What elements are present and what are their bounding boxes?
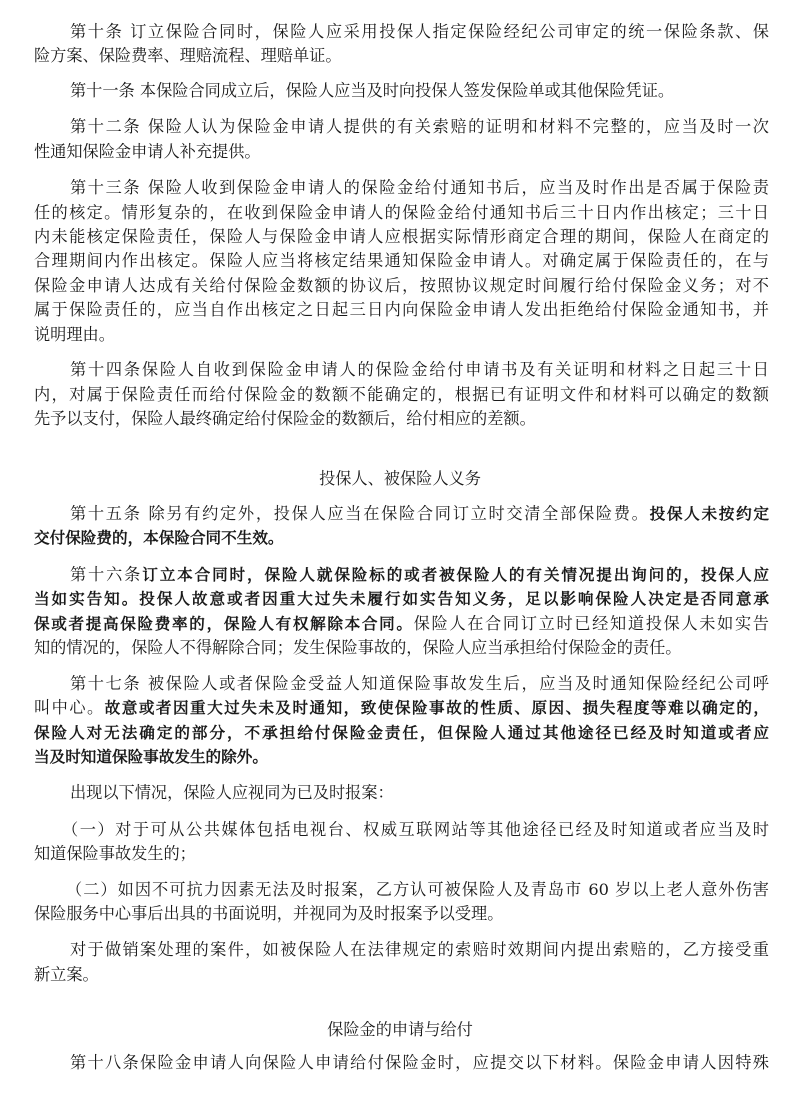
article-13-line-2: 任的核定。情形复杂的，在收到保险金申请人的保险金给付通知书后三十日内作出核定；三…: [34, 201, 769, 225]
article-16-line-3: 保或者提高保险费率的，保险人有权解除本合同。保险人在合同订立时已经知道投保人未如…: [34, 612, 769, 636]
section-heading-claims: 保险金的申请与给付: [0, 1018, 800, 1042]
article-10-line-1: 第十条 订立保险合同时，保险人应采用投保人指定保险经纪公司审定的统一保险条款、保: [70, 20, 769, 44]
article-13-line-3: 内未能核定保险责任，保险人与保险金申请人应根据实际情形商定合理的期间，保险人在商…: [34, 225, 769, 249]
article-13-line-1: 第十三条 保险人收到保险金申请人的保险金给付通知书后，应当及时作出是否属于保险责: [70, 176, 769, 200]
article-14-line-1: 第十四条保险人自收到保险金申请人的保险金给付申请书及有关证明和材料之日起三十日: [70, 358, 769, 382]
situation-1-line-2: 知道保险事故发生的；: [34, 842, 769, 866]
situations-intro: 出现以下情况，保险人应视同为已及时报案：: [70, 781, 769, 805]
article-16-line-1: 第十六条订立本合同时，保险人就保险标的或者被保险人的有关情况提出询问的，投保人应: [70, 563, 769, 587]
article-17-line-3: 保险人对无法确定的部分，不承担给付保险金责任，但保险人通过其他途径已经及时知道或…: [34, 721, 769, 745]
article-17-line-4: 当及时知道保险事故发生的除外。: [34, 745, 769, 769]
article-13-line-7: 说明理由。: [34, 323, 769, 347]
article-14-line-3: 先予以支付，保险人最终确定给付保险金的数额后，给付相应的差额。: [34, 407, 769, 431]
article-16-line-2: 当如实告知。投保人故意或者因重大过失未履行如实告知义务，足以影响保险人决定是否同…: [34, 587, 769, 611]
article-17-line-1: 第十七条 被保险人或者保险金受益人知道保险事故发生后，应当及时通知保险经纪公司呼: [70, 672, 769, 696]
article-11-line-1: 第十一条 本保险合同成立后，保险人应当及时向投保人签发保险单或其他保险凭证。: [70, 79, 769, 103]
article-12-line-1: 第十二条 保险人认为保险金申请人提供的有关索赔的证明和材料不完整的，应当及时一次: [70, 115, 769, 139]
article-14-line-2: 内，对属于保险责任而给付保险金的数额不能确定的，根据已有证明文件和材料可以确定的…: [34, 383, 769, 407]
article-18-line-1: 第十八条保险金申请人向保险人申请给付保险金时，应提交以下材料。保险金申请人因特殊: [70, 1051, 769, 1075]
situation-2-line-1: （二）如因不可抗力因素无法及时报案，乙方认可被保险人及青岛市 60 岁以上老人意…: [66, 878, 769, 902]
article-16-line-4: 知的情况的，保险人不得解除合同；发生保险事故的，保险人应当承担给付保险金的责任。: [34, 636, 769, 660]
article-15-line-1: 第十五条 除另有约定外，投保人应当在保险合同订立时交清全部保险费。投保人未按约定: [70, 502, 769, 526]
article-13-line-4: 合理期间内作出核定。保险人应当将核定结果通知保险金申请人。对确定属于保险责任的，…: [34, 249, 769, 273]
article-13-line-5: 保险金申请人达成有关给付保险金数额的协议后，按照协议规定时间履行给付保险金义务；…: [34, 274, 769, 298]
article-15-line-2: 交付保险费的，本保险合同不生效。: [34, 526, 769, 550]
situation-1-line-1: （一）对于可从公共媒体包括电视台、权威互联网站等其他途径已经及时知道或者应当及时: [62, 818, 769, 842]
cancelled-cases-line-2: 新立案。: [34, 963, 769, 987]
cancelled-cases-line-1: 对于做销案处理的案件，如被保险人在法律规定的索赔时效期间内提出索赔的，乙方接受重: [70, 938, 769, 962]
article-17-line-2: 叫中心。故意或者因重大过失未及时通知，致使保险事故的性质、原因、损失程度等难以确…: [34, 696, 769, 720]
article-12-line-2: 性通知保险金申请人补充提供。: [34, 140, 769, 164]
situation-2-line-2: 保险服务中心事后出具的书面说明，并视同为及时报案予以受理。: [34, 902, 769, 926]
section-heading-obligations: 投保人、被保险人义务: [0, 467, 800, 491]
article-13-line-6: 属于保险责任的，应当自作出核定之日起三日内向保险金申请人发出拒绝给付保险金通知书…: [34, 298, 769, 322]
article-10-line-2: 险方案、保险费率、理赔流程、理赔单证。: [34, 44, 769, 68]
